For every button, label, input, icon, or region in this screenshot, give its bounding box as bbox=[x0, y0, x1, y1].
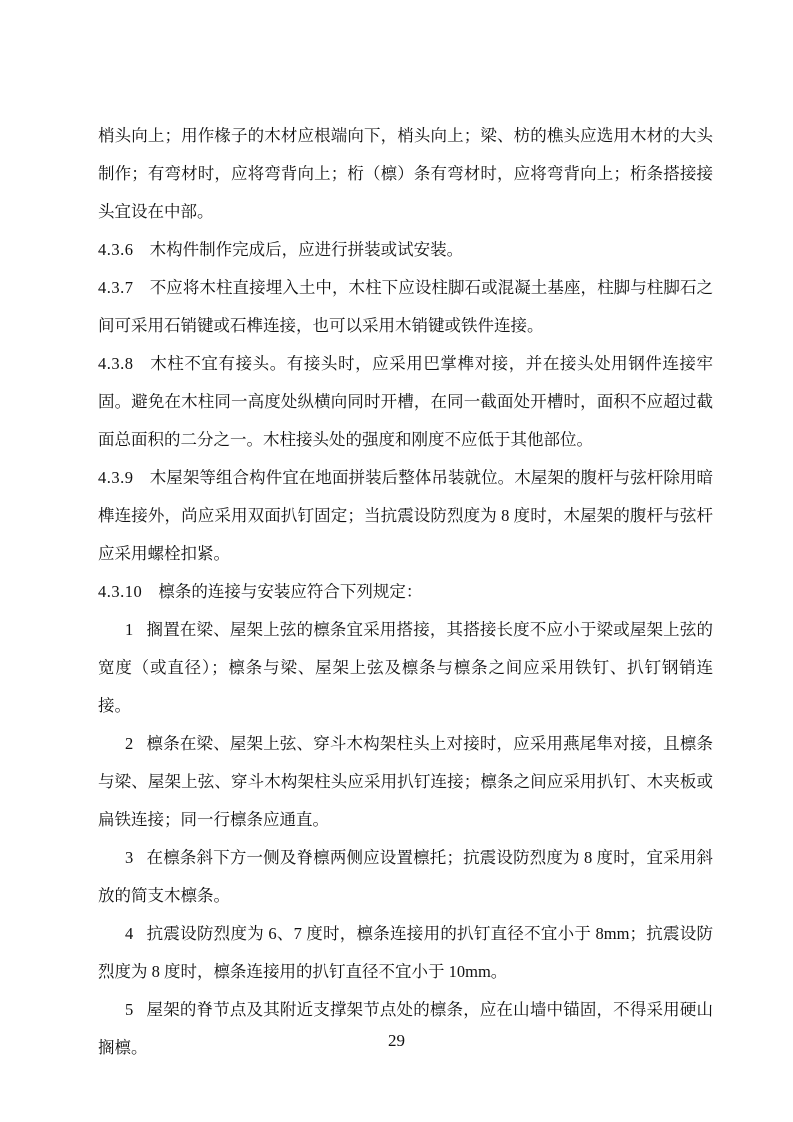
item-text: 在檩条斜下方一侧及脊檩两侧应设置檩托；抗震设防烈度为 8 度时，宜采用斜放的简支… bbox=[98, 848, 713, 905]
item-text: 檩条在梁、屋架上弦、穿斗木构架柱头上对接时，应采用燕尾隼对接，且檩条与梁、屋架上… bbox=[98, 734, 713, 829]
clause-number: 4.3.8 bbox=[98, 345, 134, 383]
item-number: 3 bbox=[125, 848, 133, 867]
clause-text: 木柱不宜有接头。有接头时，应采用巴掌榫对接，并在接头处用钢件连接牢固。避免在木柱… bbox=[98, 354, 713, 449]
clause-text: 木构件制作完成后，应进行拼装或试安装。 bbox=[150, 240, 464, 259]
clause-4-3-9: 4.3.9 木屋架等组合构件宜在地面拼装后整体吊装就位。木屋架的腹杆与弦杆除用暗… bbox=[98, 459, 713, 573]
paragraph-continuation: 梢头向上；用作椽子的木材应根端向下，梢头向上；梁、枋的樵头应选用木材的大头制作；… bbox=[98, 117, 713, 231]
clause-number: 4.3.7 bbox=[98, 269, 134, 307]
clause-text: 檩条的连接与安装应符合下列规定： bbox=[158, 582, 422, 601]
list-item-4: 4 抗震设防烈度为 6、7 度时，檩条连接用的扒钉直径不宜小于 8mm；抗震设防… bbox=[98, 915, 713, 991]
page-number: 29 bbox=[0, 1028, 793, 1054]
clause-4-3-8: 4.3.8 木柱不宜有接头。有接头时，应采用巴掌榫对接，并在接头处用钢件连接牢固… bbox=[98, 345, 713, 459]
document-page: 梢头向上；用作椽子的木材应根端向下，梢头向上；梁、枋的樵头应选用木材的大头制作；… bbox=[0, 0, 793, 1122]
item-text: 搁置在梁、屋架上弦的檩条宜采用搭接，其搭接长度不应小于梁或屋架上弦的宽度（或直径… bbox=[98, 620, 713, 715]
item-number: 1 bbox=[125, 620, 133, 639]
clause-number: 4.3.6 bbox=[98, 231, 134, 269]
list-item-1: 1 搁置在梁、屋架上弦的檩条宜采用搭接，其搭接长度不应小于梁或屋架上弦的宽度（或… bbox=[98, 611, 713, 725]
clause-4-3-7: 4.3.7 不应将木柱直接埋入土中，木柱下应设柱脚石或混凝土基座，柱脚与柱脚石之… bbox=[98, 269, 713, 345]
item-number: 2 bbox=[125, 734, 133, 753]
paragraph-text: 梢头向上；用作椽子的木材应根端向下，梢头向上；梁、枋的樵头应选用木材的大头制作；… bbox=[98, 126, 713, 221]
clause-4-3-6: 4.3.6 木构件制作完成后，应进行拼装或试安装。 bbox=[98, 231, 713, 269]
item-text: 抗震设防烈度为 6、7 度时，檩条连接用的扒钉直径不宜小于 8mm；抗震设防烈度… bbox=[98, 924, 713, 981]
clause-number: 4.3.10 bbox=[98, 573, 142, 611]
list-item-2: 2 檩条在梁、屋架上弦、穿斗木构架柱头上对接时，应采用燕尾隼对接，且檩条与梁、屋… bbox=[98, 725, 713, 839]
clause-number: 4.3.9 bbox=[98, 459, 134, 497]
list-item-3: 3 在檩条斜下方一侧及脊檩两侧应设置檩托；抗震设防烈度为 8 度时，宜采用斜放的… bbox=[98, 839, 713, 915]
document-body: 梢头向上；用作椽子的木材应根端向下，梢头向上；梁、枋的樵头应选用木材的大头制作；… bbox=[98, 117, 713, 1067]
item-number: 4 bbox=[125, 924, 133, 943]
item-number: 5 bbox=[125, 1000, 133, 1019]
clause-4-3-10: 4.3.10 檩条的连接与安装应符合下列规定： bbox=[98, 573, 713, 611]
clause-text: 木屋架等组合构件宜在地面拼装后整体吊装就位。木屋架的腹杆与弦杆除用暗榫连接外，尚… bbox=[98, 468, 713, 563]
clause-text: 不应将木柱直接埋入土中，木柱下应设柱脚石或混凝土基座，柱脚与柱脚石之间可采用石销… bbox=[98, 278, 713, 335]
